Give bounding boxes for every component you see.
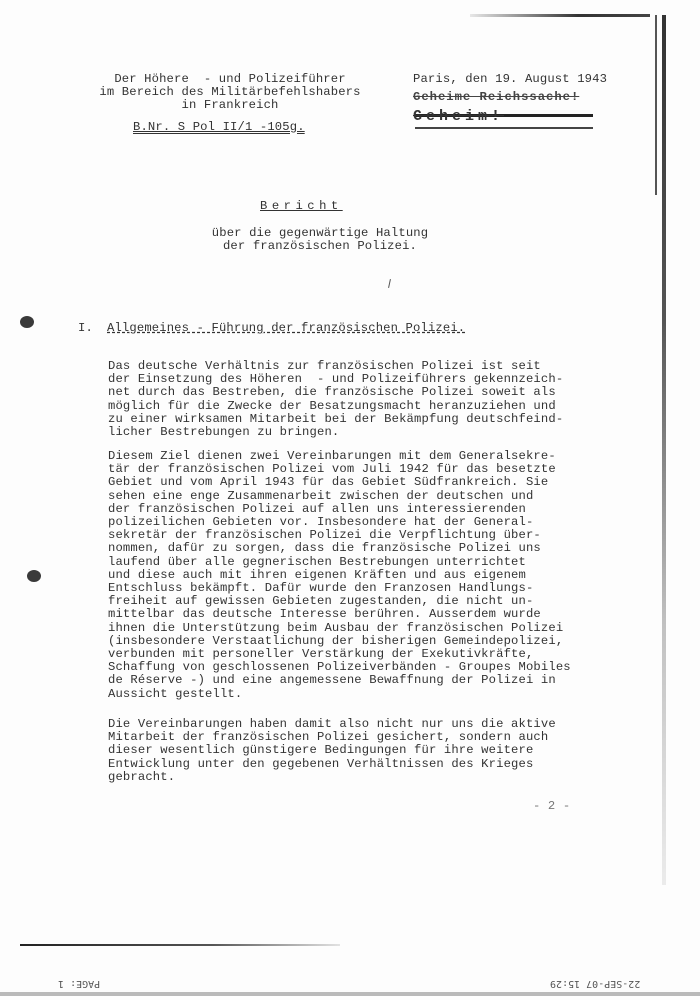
report-subtitle: über die gegenwärtige Haltung der franzö… [200, 227, 440, 253]
scan-border-bottom [0, 992, 700, 996]
punch-hole-icon [20, 316, 34, 328]
stamp-strike-bar [415, 127, 593, 129]
scan-edge-right [662, 15, 666, 885]
classification-stamp-secret: Geheim! [413, 110, 504, 123]
scan-edge-bottom [20, 944, 340, 946]
date-line: Paris, den 19. August 1943 [413, 73, 607, 86]
report-title: Bericht [260, 200, 343, 213]
fax-timestamp: 22-SEP-07 15:29 [550, 978, 640, 989]
punch-hole-icon [27, 570, 41, 582]
pencil-mark [388, 279, 391, 288]
document-page: Der Höhere - und Polizeiführer im Bereic… [0, 0, 700, 996]
page-continuation-marker: - 2 - [533, 800, 570, 813]
paragraph: Diesem Ziel dienen zwei Vereinbarungen m… [108, 450, 571, 701]
sender-block: Der Höhere - und Polizeiführer im Bereic… [80, 73, 380, 113]
fax-page-label: PAGE: 1 [58, 978, 100, 989]
scan-edge-right-inner [655, 15, 657, 195]
reference-number: B.Nr. S Pol II/1 -105g. [133, 121, 305, 134]
scan-edge-top [470, 14, 650, 17]
paragraph: Die Vereinbarungen haben damit also nich… [108, 718, 556, 784]
paragraph: Das deutsche Verhältnis zur französische… [108, 360, 563, 439]
section-number: I. [78, 322, 93, 335]
classification-stamp-struck: Geheime Reichssache! [413, 91, 579, 104]
section-heading: Allgemeines - Führung der französischen … [107, 322, 465, 335]
